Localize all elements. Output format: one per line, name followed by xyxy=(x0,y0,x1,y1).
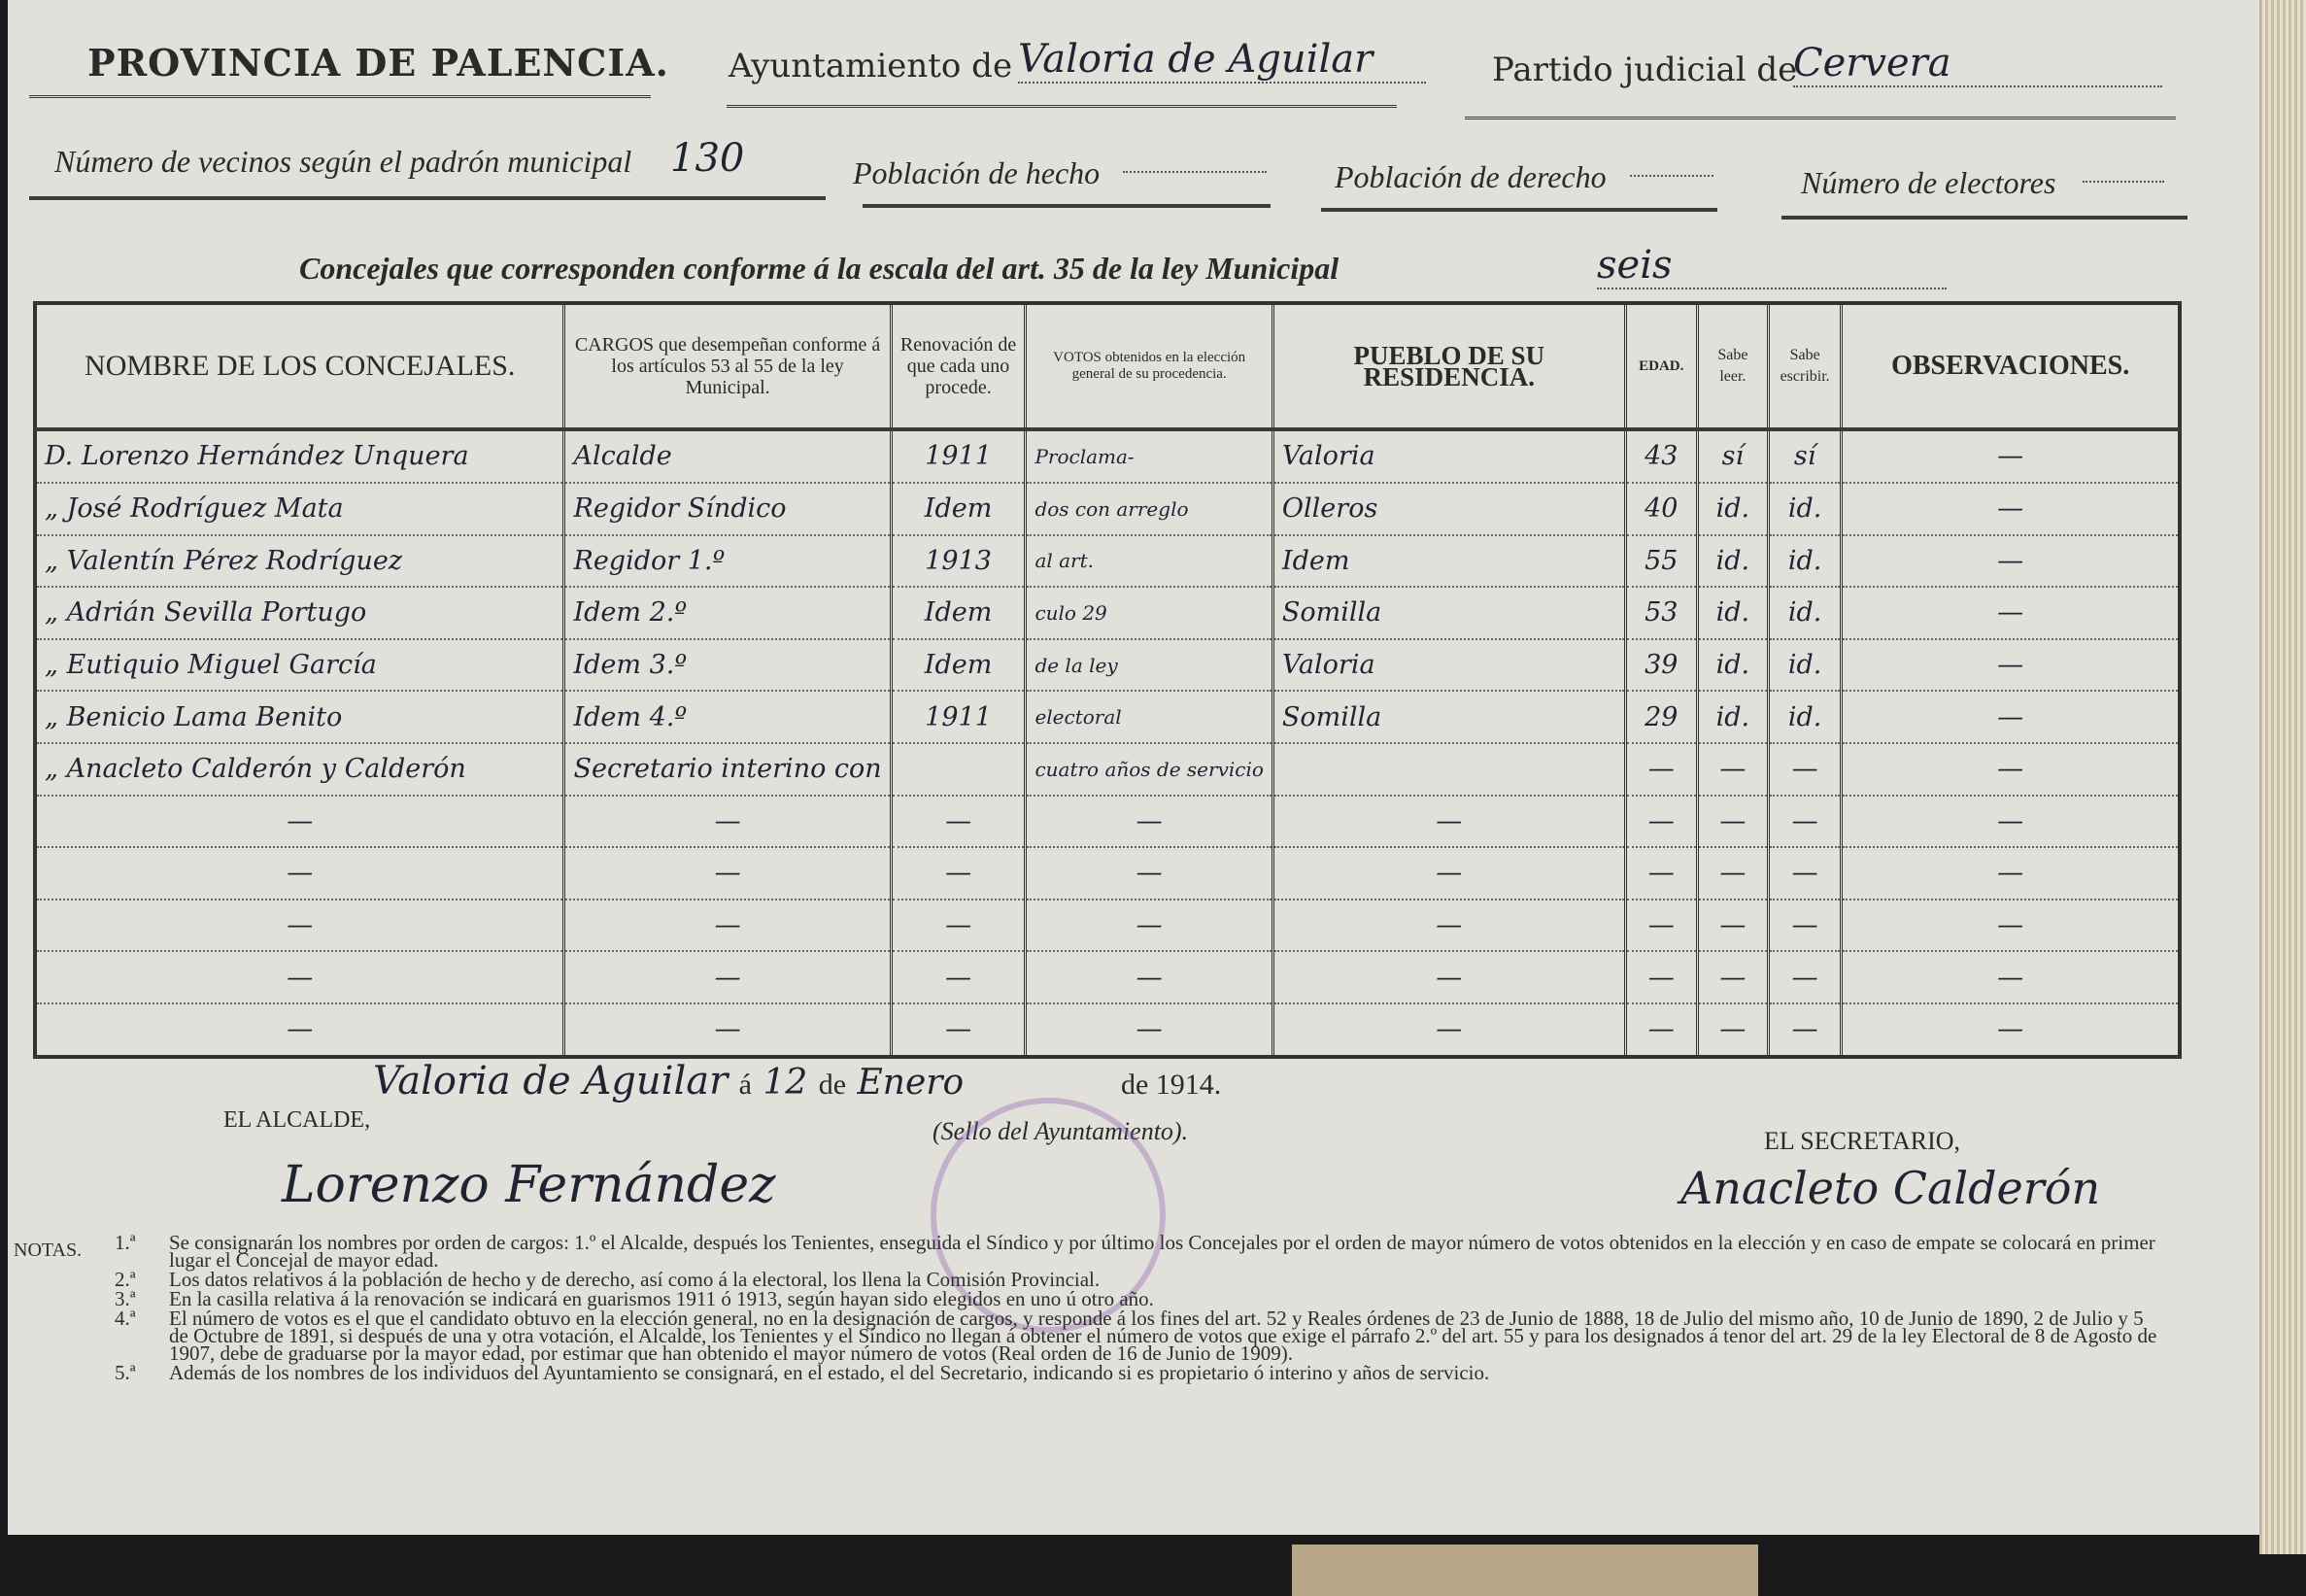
cell-escribir: sí xyxy=(1768,429,1841,483)
cell-renovacion: — xyxy=(891,951,1026,1003)
table-row: — — — — — — — — — xyxy=(35,900,2180,952)
cell-votos: electoral xyxy=(1026,691,1272,743)
cell-nombre: „ José Rodríguez Mata xyxy=(35,483,564,535)
ayuntamiento-label: Ayuntamiento de xyxy=(729,47,1012,85)
cell-observaciones: — xyxy=(1842,587,2180,639)
cell-cargo: Idem 3.º xyxy=(564,639,891,692)
cell-pueblo xyxy=(1272,743,1625,796)
secretario-signature: Anacleto Calderón xyxy=(1680,1162,2100,1214)
note-item: 1.ª Se consignarán los nombres por orden… xyxy=(115,1234,2164,1269)
note-item: 4.ª El número de votos es el que el cand… xyxy=(115,1309,2164,1362)
cell-leer: id. xyxy=(1697,483,1768,535)
alcalde-signature: Lorenzo Fernández xyxy=(282,1156,776,1214)
cell-leer: — xyxy=(1697,743,1768,796)
cell-votos: dos con arreglo xyxy=(1026,483,1272,535)
cell-leer: id. xyxy=(1697,587,1768,639)
header-observaciones: OBSERVACIONES. xyxy=(1842,303,2180,429)
date-year: de 1914. xyxy=(1121,1069,1221,1101)
cell-nombre: — xyxy=(35,900,564,952)
table-row: „ José Rodríguez Mata Regidor Síndico Id… xyxy=(35,483,2180,535)
note-item: 5.ª Además de los nombres de los individ… xyxy=(115,1364,2164,1381)
cell-renovacion: 1911 xyxy=(891,429,1026,483)
cell-nombre: — xyxy=(35,951,564,1003)
cell-votos: de la ley xyxy=(1026,639,1272,692)
secretario-label: EL SECRETARIO, xyxy=(1764,1127,1960,1156)
header-sabe-leer: Sabe leer. xyxy=(1697,303,1768,429)
table-row: „ Benicio Lama Benito Idem 4.º 1911 elec… xyxy=(35,691,2180,743)
vecinos-label: Número de vecinos según el padrón munici… xyxy=(54,144,631,180)
cell-cargo: Regidor Síndico xyxy=(564,483,891,535)
notas-label: NOTAS. xyxy=(14,1241,82,1259)
divider xyxy=(1781,216,2187,220)
cell-edad: 43 xyxy=(1625,429,1697,483)
cell-nombre: „ Eutiquio Miguel García xyxy=(35,639,564,692)
cell-edad: — xyxy=(1625,796,1697,848)
cell-leer: — xyxy=(1697,900,1768,952)
cell-cargo: — xyxy=(564,1003,891,1057)
cell-nombre: „ Valentín Pérez Rodríguez xyxy=(35,535,564,588)
cell-escribir: id. xyxy=(1768,535,1841,588)
cell-nombre: D. Lorenzo Hernández Unquera xyxy=(35,429,564,483)
notes-list: 1.ª Se consignarán los nombres por orden… xyxy=(115,1234,2164,1383)
cell-cargo: — xyxy=(564,796,891,848)
cell-votos: — xyxy=(1026,796,1272,848)
cell-votos: culo 29 xyxy=(1026,587,1272,639)
cell-leer: id. xyxy=(1697,639,1768,692)
cell-escribir: — xyxy=(1768,951,1841,1003)
divider xyxy=(29,196,826,200)
header-pueblo: PUEBLO DE SU RESIDENCIA. xyxy=(1272,303,1625,429)
cell-escribir: — xyxy=(1768,900,1841,952)
cell-escribir: — xyxy=(1768,796,1841,848)
cell-votos: — xyxy=(1026,951,1272,1003)
cell-pueblo: — xyxy=(1272,900,1625,952)
provincia-title: PROVINCIA DE PALENCIA. xyxy=(87,41,669,85)
table-row: — — — — — — — — — xyxy=(35,951,2180,1003)
cell-votos: al art. xyxy=(1026,535,1272,588)
divider xyxy=(863,204,1271,208)
electores-label: Número de electores xyxy=(1801,165,2055,201)
cell-cargo: — xyxy=(564,951,891,1003)
cell-leer: id. xyxy=(1697,535,1768,588)
date-day: 12 xyxy=(763,1063,807,1103)
table-row: — — — — — — — — — xyxy=(35,796,2180,848)
cell-leer: sí xyxy=(1697,429,1768,483)
note-item: 3.ª En la casilla relativa á la renovaci… xyxy=(115,1290,2164,1307)
date-de: de xyxy=(819,1069,846,1101)
cell-renovacion: — xyxy=(891,900,1026,952)
binding-tab xyxy=(1292,1545,1758,1596)
cell-nombre: — xyxy=(35,847,564,900)
cell-observaciones: — xyxy=(1842,1003,2180,1057)
cell-observaciones: — xyxy=(1842,429,2180,483)
vecinos-value: 130 xyxy=(670,136,744,181)
cell-pueblo: Valoria xyxy=(1272,639,1625,692)
cell-escribir: id. xyxy=(1768,691,1841,743)
cell-cargo: Idem 2.º xyxy=(564,587,891,639)
cell-cargo: Regidor 1.º xyxy=(564,535,891,588)
date-month: Enero xyxy=(858,1063,1110,1103)
cell-edad: — xyxy=(1625,1003,1697,1057)
derecho-label: Población de derecho xyxy=(1335,159,1607,195)
cell-renovacion: Idem xyxy=(891,639,1026,692)
book-page-edges xyxy=(2259,0,2306,1554)
header-cargos: CARGOS que desempeñan conforme á los art… xyxy=(564,303,891,429)
derecho-field xyxy=(1630,175,1713,177)
note-item: 2.ª Los datos relativos á la población d… xyxy=(115,1271,2164,1288)
cell-observaciones: — xyxy=(1842,796,2180,848)
cell-pueblo: Idem xyxy=(1272,535,1625,588)
cell-pueblo: Valoria xyxy=(1272,429,1625,483)
cell-edad: 39 xyxy=(1625,639,1697,692)
cell-observaciones: — xyxy=(1842,691,2180,743)
cell-edad: — xyxy=(1625,900,1697,952)
cell-nombre: — xyxy=(35,796,564,848)
cell-nombre: „ Anacleto Calderón y Calderón xyxy=(35,743,564,796)
divider xyxy=(1465,117,2176,119)
concejales-label: Concejales que corresponden conforme á l… xyxy=(299,251,1339,287)
cell-observaciones: — xyxy=(1842,900,2180,952)
cell-nombre: — xyxy=(35,1003,564,1057)
cell-votos: — xyxy=(1026,847,1272,900)
table-row: „ Valentín Pérez Rodríguez Regidor 1.º 1… xyxy=(35,535,2180,588)
cell-escribir: id. xyxy=(1768,587,1841,639)
electores-field xyxy=(2083,181,2164,183)
cell-observaciones: — xyxy=(1842,847,2180,900)
cell-pueblo: Somilla xyxy=(1272,691,1625,743)
cell-cargo: Alcalde xyxy=(564,429,891,483)
cell-leer: — xyxy=(1697,796,1768,848)
cell-observaciones: — xyxy=(1842,535,2180,588)
cell-votos: Proclama- xyxy=(1026,429,1272,483)
cell-pueblo: — xyxy=(1272,1003,1625,1057)
document-page: PROVINCIA DE PALENCIA. Ayuntamiento de V… xyxy=(8,0,2261,1535)
cell-renovacion xyxy=(891,743,1026,796)
cell-observaciones: — xyxy=(1842,483,2180,535)
cell-edad: — xyxy=(1625,951,1697,1003)
cell-escribir: — xyxy=(1768,847,1841,900)
cell-nombre: „ Adrián Sevilla Portugo xyxy=(35,587,564,639)
cell-renovacion: 1911 xyxy=(891,691,1026,743)
cell-pueblo: — xyxy=(1272,847,1625,900)
header-sabe-escribir: Sabe escribir. xyxy=(1768,303,1841,429)
cell-votos: cuatro años de servicio xyxy=(1026,743,1272,796)
cell-leer: id. xyxy=(1697,691,1768,743)
cell-renovacion: — xyxy=(891,1003,1026,1057)
cell-cargo: — xyxy=(564,847,891,900)
table-row: — — — — — — — — — xyxy=(35,847,2180,900)
concejales-value: seis xyxy=(1597,243,1947,289)
partido-label: Partido judicial de xyxy=(1492,51,1797,89)
cell-renovacion: — xyxy=(891,847,1026,900)
table-row: D. Lorenzo Hernández Unquera Alcalde 191… xyxy=(35,429,2180,483)
cell-cargo: Idem 4.º xyxy=(564,691,891,743)
concejales-table: NOMBRE DE LOS CONCEJALES. CARGOS que des… xyxy=(33,301,2182,1059)
cell-observaciones: — xyxy=(1842,743,2180,796)
partido-value: Cervera xyxy=(1793,41,2162,87)
hecho-label: Población de hecho xyxy=(853,155,1100,191)
cell-renovacion: 1913 xyxy=(891,535,1026,588)
cell-escribir: — xyxy=(1768,1003,1841,1057)
date-a: á xyxy=(739,1069,752,1101)
cell-observaciones: — xyxy=(1842,639,2180,692)
header-votos: VOTOS obtenidos en la elección general d… xyxy=(1026,303,1272,429)
cell-cargo: — xyxy=(564,900,891,952)
cell-cargo: Secretario interino con xyxy=(564,743,891,796)
hecho-field xyxy=(1123,171,1267,173)
table-row: „ Eutiquio Miguel García Idem 3.º Idem d… xyxy=(35,639,2180,692)
table-row: „ Anacleto Calderón y Calderón Secretari… xyxy=(35,743,2180,796)
cell-renovacion: — xyxy=(891,796,1026,848)
header-renovacion: Renovación de que cada uno procede. xyxy=(891,303,1026,429)
header-nombre: NOMBRE DE LOS CONCEJALES. xyxy=(35,303,564,429)
divider xyxy=(1321,208,1717,212)
cell-leer: — xyxy=(1697,1003,1768,1057)
cell-observaciones: — xyxy=(1842,951,2180,1003)
cell-edad: 53 xyxy=(1625,587,1697,639)
date-place: Valoria de Aguilar xyxy=(373,1059,728,1104)
table-row: — — — — — — — — — xyxy=(35,1003,2180,1057)
cell-leer: — xyxy=(1697,951,1768,1003)
cell-nombre: „ Benicio Lama Benito xyxy=(35,691,564,743)
cell-pueblo: Somilla xyxy=(1272,587,1625,639)
divider xyxy=(727,105,1397,108)
ayuntamiento-value: Valoria de Aguilar xyxy=(1018,37,1426,84)
cell-votos: — xyxy=(1026,1003,1272,1057)
cell-renovacion: Idem xyxy=(891,587,1026,639)
table-row: „ Adrián Sevilla Portugo Idem 2.º Idem c… xyxy=(35,587,2180,639)
cell-escribir: id. xyxy=(1768,483,1841,535)
date-line: Valoria de Aguilar á 12 de Enero de 1914… xyxy=(373,1059,1221,1104)
cell-edad: 29 xyxy=(1625,691,1697,743)
cell-renovacion: Idem xyxy=(891,483,1026,535)
cell-edad: 55 xyxy=(1625,535,1697,588)
cell-edad: — xyxy=(1625,847,1697,900)
cell-pueblo: Olleros xyxy=(1272,483,1625,535)
cell-edad: — xyxy=(1625,743,1697,796)
cell-pueblo: — xyxy=(1272,796,1625,848)
header-edad: EDAD. xyxy=(1625,303,1697,429)
cell-votos: — xyxy=(1026,900,1272,952)
cell-pueblo: — xyxy=(1272,951,1625,1003)
cell-escribir: id. xyxy=(1768,639,1841,692)
divider xyxy=(29,95,651,98)
cell-escribir: — xyxy=(1768,743,1841,796)
cell-leer: — xyxy=(1697,847,1768,900)
alcalde-label: EL ALCALDE, xyxy=(223,1107,370,1134)
cell-edad: 40 xyxy=(1625,483,1697,535)
